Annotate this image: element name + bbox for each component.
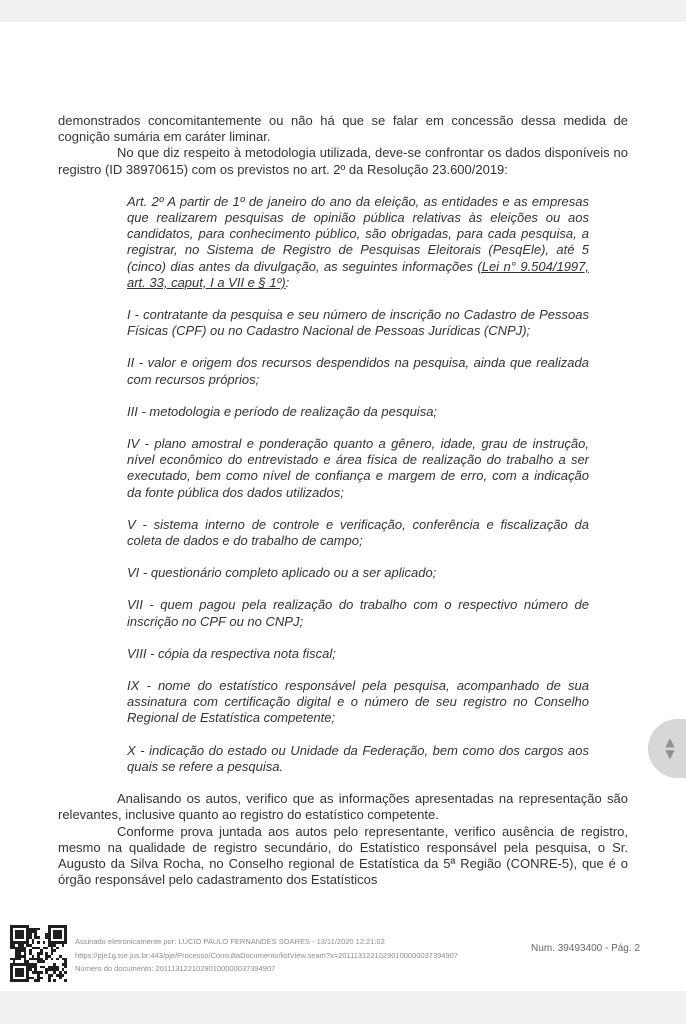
quote-item-10: X - indicação do estado ou Unidade da Fe… xyxy=(127,743,589,775)
document-page: demonstrados concomitantemente ou não há… xyxy=(0,22,686,991)
document-body: demonstrados concomitantemente ou não há… xyxy=(58,113,628,888)
signed-by-line: Assinado eletronicamente por: LÚCIO PAUL… xyxy=(75,935,458,949)
quote-item-8: VIII - cópia da respectiva nota fiscal; xyxy=(127,646,589,662)
paragraph-conclusion: Conforme prova juntada aos autos pelo re… xyxy=(58,824,628,889)
signature-block: Assinado eletronicamente por: LÚCIO PAUL… xyxy=(75,935,458,976)
quoted-article-block: Art. 2º A partir de 1º de janeiro do ano… xyxy=(127,194,589,775)
quote-item-6: VI - questionário completo aplicado ou a… xyxy=(127,565,589,581)
law-reference-suffix: : xyxy=(286,275,290,290)
quote-item-5: V - sistema interno de controle e verifi… xyxy=(127,517,589,549)
quote-item-3: III - metodologia e período de realizaçã… xyxy=(127,404,589,420)
quote-intro: Art. 2º A partir de 1º de janeiro do ano… xyxy=(127,194,589,291)
page-number-label: Num. 39493400 - Pág. 2 xyxy=(531,943,640,954)
quote-item-9: IX - nome do estatístico responsável pel… xyxy=(127,678,589,727)
paragraph-continued: demonstrados concomitantemente ou não há… xyxy=(58,113,628,145)
quote-item-2: II - valor e origem dos recursos despend… xyxy=(127,355,589,387)
quote-item-4: IV - plano amostral e ponderação quanto … xyxy=(127,436,589,501)
viewer-top-band xyxy=(0,0,686,22)
verification-url: https://pje1g.tse.jus.br:443/pje/Process… xyxy=(75,949,458,963)
quote-item-7: VII - quem pagou pela realização do trab… xyxy=(127,597,589,629)
document-number-line: Número do documento: 2011131221029010000… xyxy=(75,962,458,976)
document-viewer: demonstrados concomitantemente ou não há… xyxy=(0,0,686,1024)
quote-item-1: I - contratante da pesquisa e seu número… xyxy=(127,307,589,339)
paragraph-analysis: Analisando os autos, verifico que as inf… xyxy=(58,791,628,823)
scroll-down-icon[interactable]: ▼ xyxy=(665,749,674,760)
qr-code xyxy=(10,925,67,982)
viewer-bottom-band xyxy=(0,991,686,1024)
paragraph-methodology: No que diz respeito à metodologia utiliz… xyxy=(58,145,628,177)
